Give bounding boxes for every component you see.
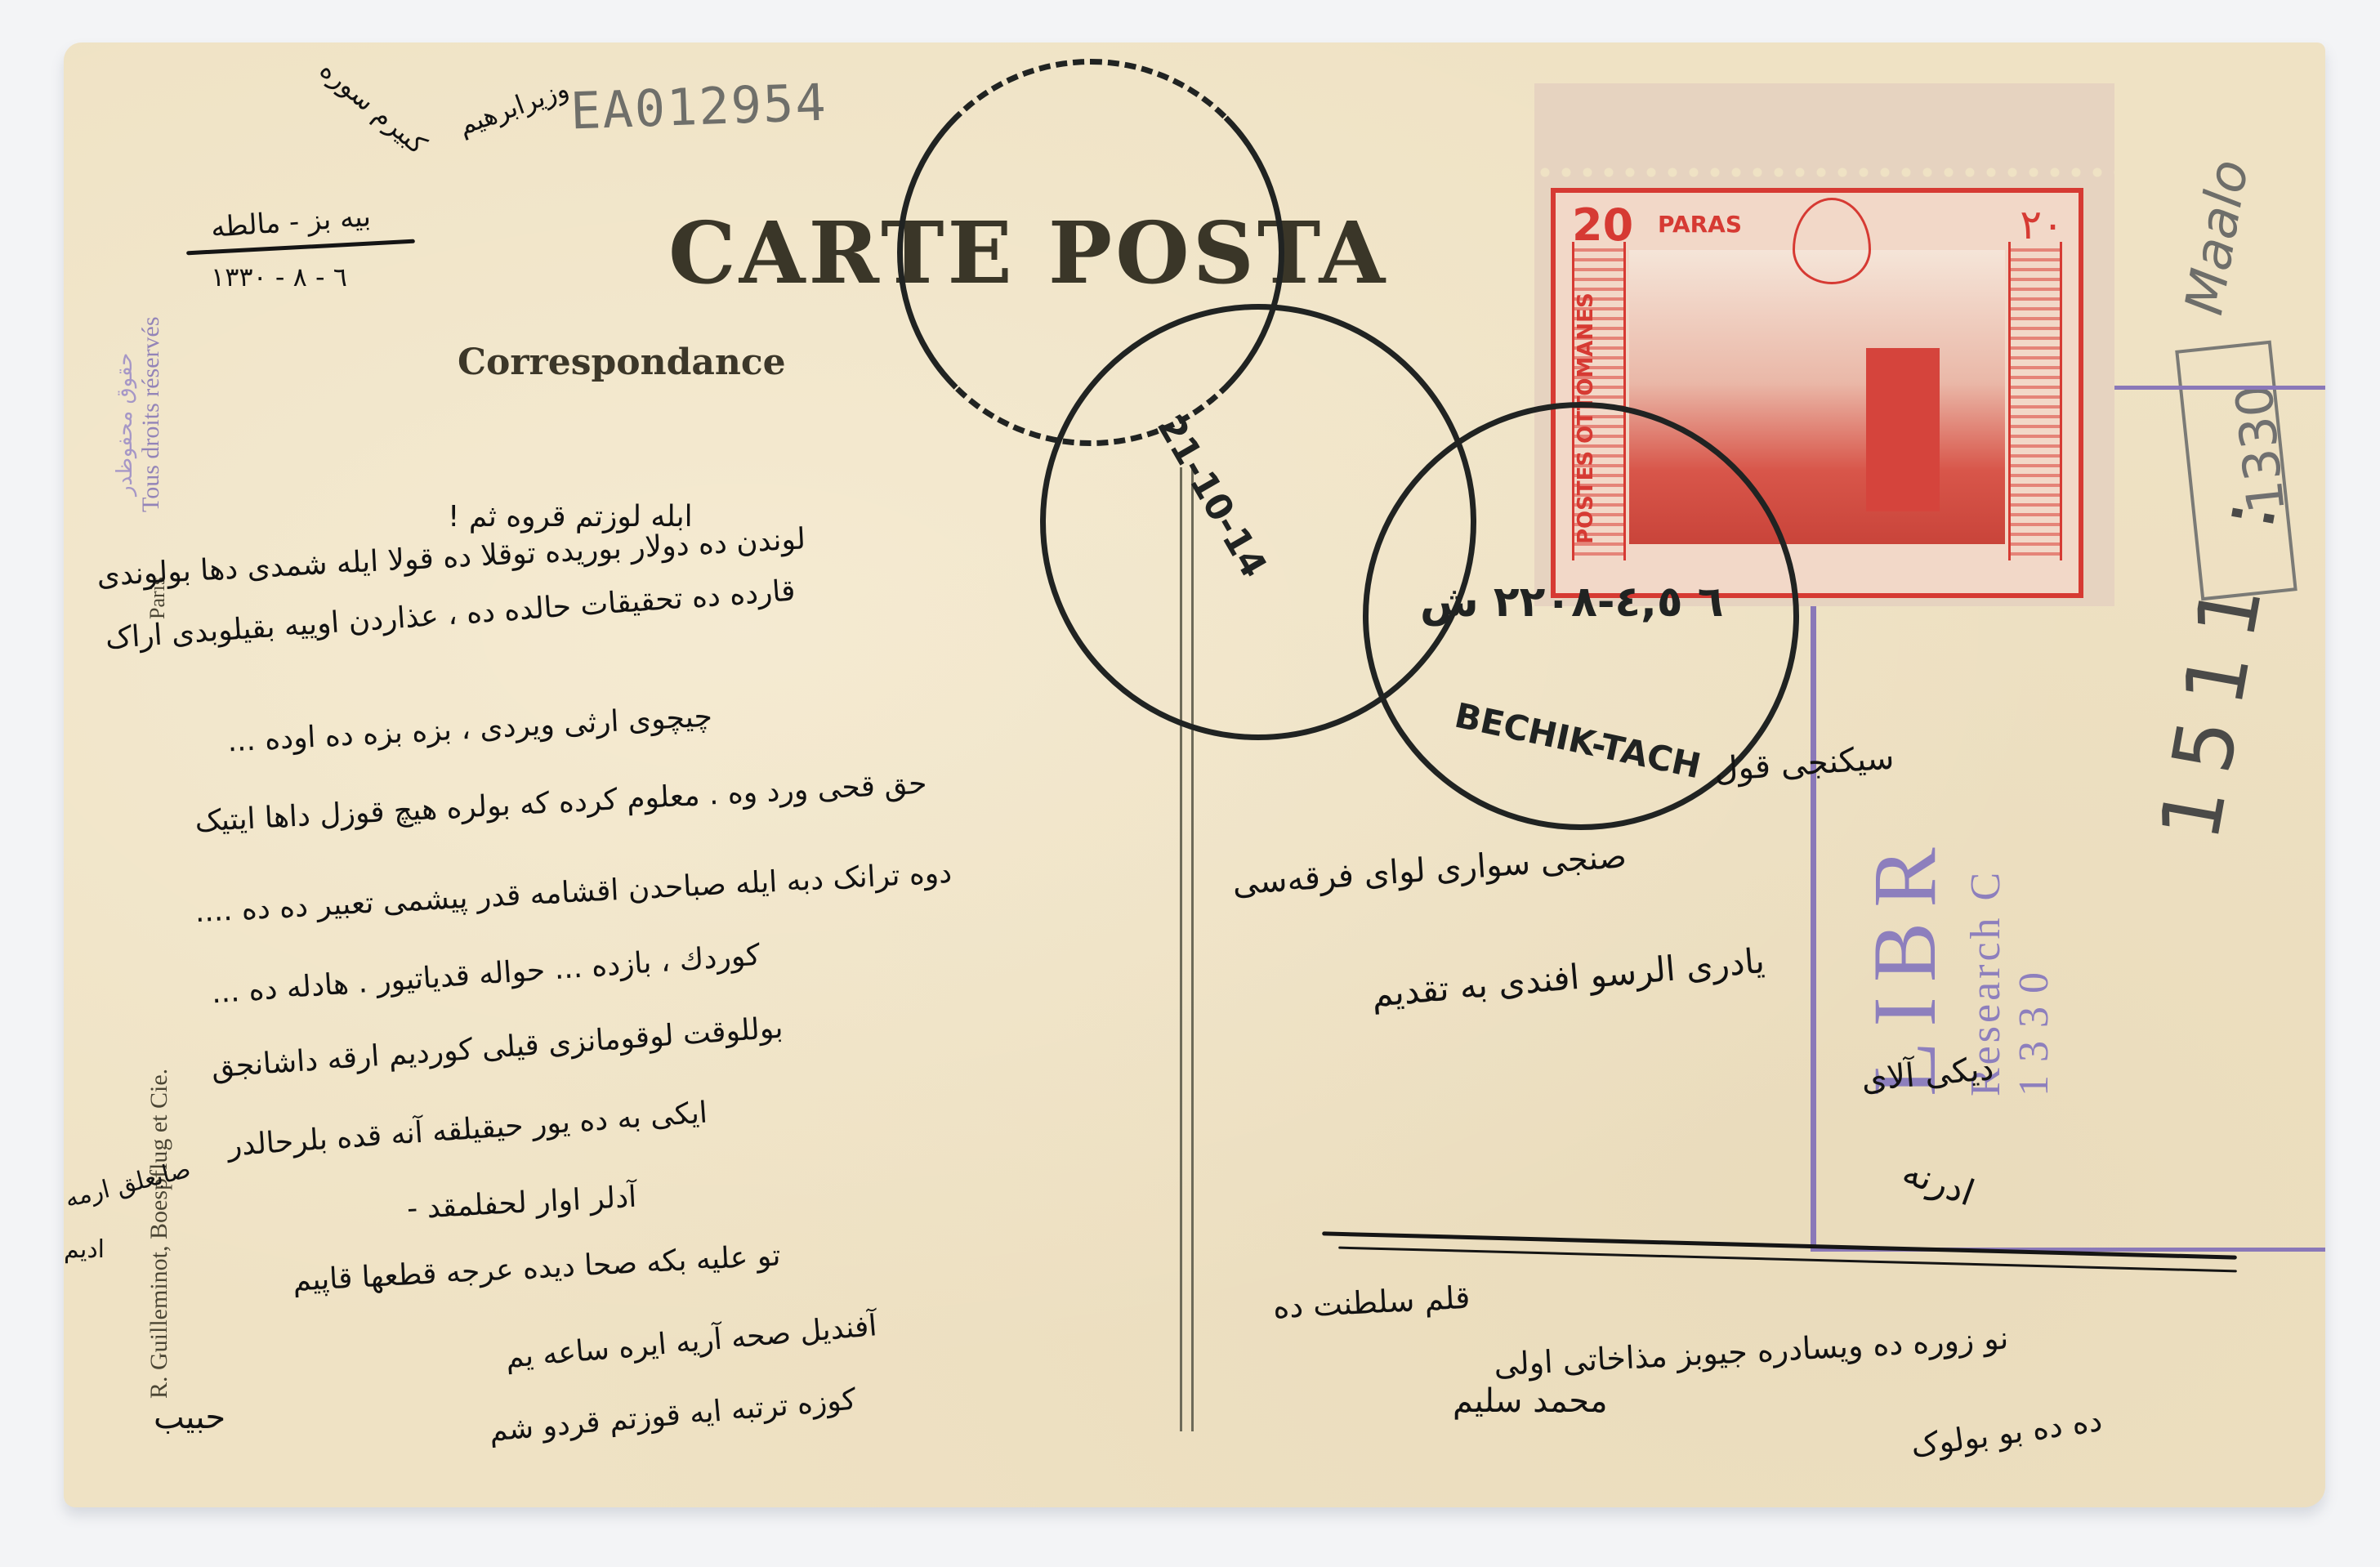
message-line: کوزه ترتبه ایه قوزتم قردو شم	[488, 1382, 857, 1448]
handwritten-diagonal-note-2: وزیرابرهیم	[454, 73, 573, 141]
postmark-departure-date: ٦ ٤,٥-٢٢٠٨ ش	[1420, 578, 1724, 627]
margin-note: صابعلق ارمه	[64, 1155, 194, 1214]
message-line: آدلر اوار لحفلمقد -	[406, 1181, 637, 1226]
printer-imprint: R. Guilleminot, Boespflug et Cie.	[145, 1069, 173, 1399]
stamp-value: 20	[1572, 199, 1633, 251]
message-line: ایکی به ده یور حیقیلقه آنه قده بلرحالدر	[226, 1096, 708, 1163]
address-line: صنجی سواری لوای فرقه‌سی	[1231, 837, 1628, 903]
handwritten-diagonal-note-1: کبیرم سوره	[314, 54, 432, 161]
handwritten-place: بيه بز - ماﻟﻄﻪ	[210, 200, 372, 244]
message-line: بوللوقت لوقومانزی قیلی کوردیم ارقه داشان…	[210, 1011, 784, 1085]
sender-line: ده ده بو بولوک	[1909, 1402, 2104, 1464]
address-line: یادری الرسو افندی به تقدیم	[1370, 940, 1766, 1015]
stamp-value-arabic: ٢٠	[2020, 201, 2064, 248]
catalog-number: EA012954	[569, 73, 828, 141]
message-line: حق قحی ورد وه . معلوم کرده که بولره هیچ …	[194, 767, 928, 839]
stamp-right-pillar	[2008, 242, 2062, 560]
message-line: آفندیل صحه آریه ایره ساعه یم	[504, 1309, 878, 1375]
sender-signature: محمد سلیم	[1453, 1382, 1608, 1420]
pencil-note-destination: Maalo	[2174, 155, 2261, 319]
rights-notice: Tous droits réservés	[137, 316, 165, 512]
postcard: CARTE POSTA Correspondance Tous droits r…	[64, 42, 2325, 1507]
tughra-icon	[1793, 198, 1871, 284]
signature: حبیب	[154, 1399, 225, 1436]
message-line: کوردك ، بازده ... حواله قدیاتیور . هادله…	[210, 939, 761, 1011]
message-line: ابله لوزتم قروه ثم !	[448, 500, 693, 533]
rights-notice-arabic: حقوق محفوظدر	[113, 353, 137, 496]
handwritten-date: ٦ - ٨ - ١٣٣٠	[211, 261, 347, 292]
message-line: تو علیه بکه صحا دیده عرجه قطعها قاپیم	[292, 1239, 781, 1297]
sender-line: نو زوره ده ویسادره جیوبز مذاخاتی اولی	[1493, 1320, 2009, 1383]
margin-note: ادیم	[64, 1235, 105, 1264]
correspondance-label: Correspondance	[458, 342, 786, 383]
censor-line-3: 1330	[2010, 833, 2058, 1096]
sender-line: قلم سلطنت ده	[1272, 1279, 1471, 1326]
message-line: دوه ترانک دبه ایله صباحدن اقشامه قدر پیش…	[194, 856, 953, 929]
message-line: چیچوی ارثی ویردی ، بزه بزه ده اوده ...	[226, 699, 713, 758]
fortress-tower-icon	[1866, 348, 1940, 511]
stamp-perforations	[1534, 167, 2114, 178]
stamp-unit: PARAS	[1658, 211, 1742, 238]
